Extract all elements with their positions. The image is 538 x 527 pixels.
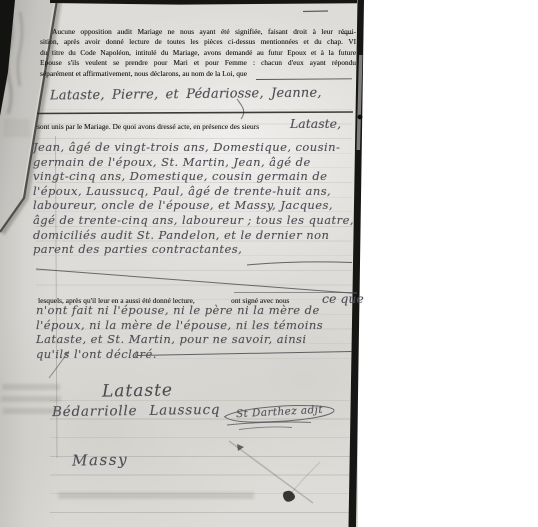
handwritten-addition-start: ce que [322, 291, 364, 306]
witness-line: domiciliés audit St. Pandelon, et le der… [33, 228, 354, 243]
signature-witness-laussucq: Bédarriolle Laussucq [52, 402, 221, 420]
closing-line: n'ont fait ni l'épouse, ni le père ni la… [36, 303, 323, 318]
printed-intro-line: séparément et affirmativement, nous décl… [40, 69, 356, 79]
witness-line: germain de l'époux, St. Martin, Jean, âg… [33, 155, 354, 170]
edge-notch [358, 115, 363, 120]
witness-line: Jean, âgé de vingt-trois ans, Domestique… [33, 140, 354, 155]
scanned-marriage-record: Aucune opposition audit Mariage ne nous … [0, 0, 538, 527]
printed-intro-paragraph: Aucune opposition audit Mariage ne nous … [40, 27, 356, 79]
witness-line: l'époux, Laussucq, Paul, âgé de trente-h… [33, 184, 354, 199]
witness-line: vingt-cinq ans, Domestique, cousin germa… [33, 169, 354, 184]
witness-paragraph: Jean, âgé de vingt-trois ans, Domestique… [33, 140, 354, 257]
printed-union-clause: sont unis par le Mariage. De quoi avons … [37, 122, 259, 132]
first-witness-name: Lataste, [290, 116, 341, 131]
spouses-names-line: Lataste, Pierre, et Pédariosse, Jeanne, [50, 86, 322, 104]
printed-intro-line: Aucune opposition audit Mariage ne nous … [40, 27, 356, 37]
closing-line: l'époux, ni la mère de l'épouse, ni les … [36, 318, 323, 333]
witness-line: âgé de trente-cinq ans, laboureur ; tous… [33, 213, 354, 228]
closing-line: Lataste, et St. Martin, pour ne savoir, … [36, 332, 323, 347]
signature-witness-massy: Massy [72, 450, 129, 469]
closing-line: qu'ils l'ont déclaré. [36, 347, 323, 362]
printed-intro-line: Epouse s'ils veulent se prendre pour Mar… [40, 58, 356, 68]
witness-line: parent des parties contractantes, [33, 242, 354, 257]
printed-intro-line: sition, après avoir donné lecture de tou… [40, 37, 356, 47]
printed-intro-line: du titre du Code Napoléon, intitulé du M… [40, 48, 356, 58]
witness-line: laboureur, oncle de l'épouse, et Massy, … [33, 198, 354, 213]
signature-groom: Lataste [102, 380, 173, 401]
non-signing-paragraph: n'ont fait ni l'épouse, ni le père ni la… [36, 303, 323, 361]
